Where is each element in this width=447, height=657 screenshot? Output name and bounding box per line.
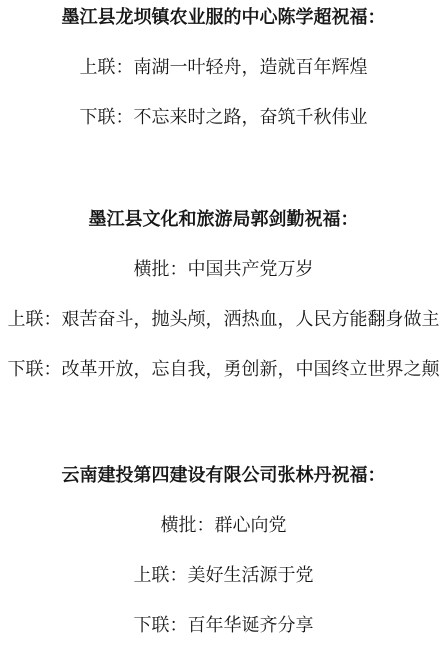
couplet-line-hengpi: 横批：中国共产党万岁	[0, 244, 447, 294]
couplet-line-xialian: 下联：不忘来时之路，奋筑千秋伟业	[0, 92, 447, 142]
blessing-section-3: 云南建投第四建设有限公司张林丹祝福： 横批：群心向党 上联：美好生活源于党 下联…	[0, 450, 447, 650]
blessing-section-1: 墨江县龙坝镇农业服的中心陈学超祝福： 上联：南湖一叶轻舟，造就百年辉煌 下联：不…	[0, 0, 447, 142]
couplet-line-shanglian: 上联：美好生活源于党	[0, 550, 447, 600]
couplet-line-hengpi: 横批：群心向党	[0, 500, 447, 550]
section-title: 墨江县文化和旅游局郭剑勤祝福：	[0, 194, 447, 244]
blessings-document: 墨江县龙坝镇农业服的中心陈学超祝福： 上联：南湖一叶轻舟，造就百年辉煌 下联：不…	[0, 0, 447, 650]
couplet-line-shanglian: 上联：艰苦奋斗，抛头颅，洒热血，人民方能翻身做主	[0, 294, 447, 344]
blessing-section-2: 墨江县文化和旅游局郭剑勤祝福： 横批：中国共产党万岁 上联：艰苦奋斗，抛头颅，洒…	[0, 194, 447, 394]
couplet-line-xialian: 下联：改革开放，忘自我，勇创新，中国终立世界之颠	[0, 344, 447, 394]
couplet-line-shanglian: 上联：南湖一叶轻舟，造就百年辉煌	[0, 42, 447, 92]
section-title: 云南建投第四建设有限公司张林丹祝福：	[0, 450, 447, 500]
section-title: 墨江县龙坝镇农业服的中心陈学超祝福：	[0, 0, 447, 42]
couplet-line-xialian: 下联：百年华诞齐分享	[0, 600, 447, 650]
